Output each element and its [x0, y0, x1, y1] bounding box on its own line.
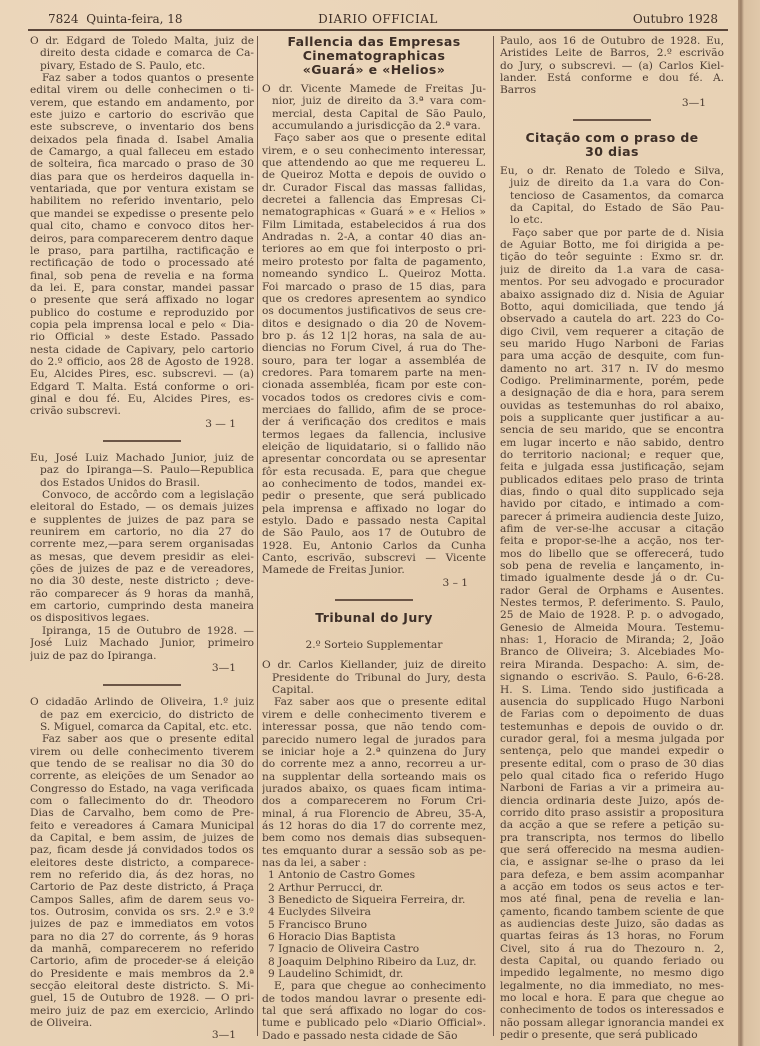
- notice-body-line: eleitoral do Estado, — os demais juizes: [30, 501, 254, 513]
- notice-body-line: ao conhecimento de todos, mandei ex-: [262, 478, 486, 490]
- notice-body-line: nesta cidade de Capivary, pelo cartorio: [30, 344, 254, 356]
- notice-body-line: mos até final, pena de revelia e lan-: [500, 893, 724, 905]
- notice-body-line: quartas feiras ás 13 horas, no Forum: [500, 930, 724, 942]
- notice-heading-line: tencioso de Casamentos, da comarca: [500, 190, 724, 202]
- section-title-line: Fallencia das Empresas: [262, 35, 486, 49]
- notice-body-line: reira Miranda. Despacho: A. sim, de-: [500, 659, 724, 671]
- notice-fallencia-guara-helios: Fallencia das EmpresasCinematographicas«…: [262, 35, 486, 589]
- notice-body-line: cia, e assignar se-lhe o praso da lei: [500, 856, 724, 868]
- section-subtitle: 2.º Sorteio Supplementar: [262, 639, 486, 651]
- notice-body-line: corrente mez,—para serem organisadas: [30, 538, 254, 550]
- notice-body-line: publico do costume e reproduzido por: [30, 307, 254, 319]
- notice-body-line: souro, para ter logar a assembléa de: [262, 355, 486, 367]
- notice-body-line: corrido dito praso assistir a propositur…: [500, 807, 724, 819]
- notice-heading-line: mercial, desta Capital de São Paulo,: [262, 108, 486, 120]
- notice-body-line: jurados abaixo, os quaes ficam intima-: [262, 783, 486, 795]
- notice-body-line: ditos e designado o dia 20 de Novem-: [262, 318, 486, 330]
- notice-body-line: o presente que será affixado no logar: [30, 294, 254, 306]
- notice-body-line: decretei a fallencia das Empresas Ci-: [262, 194, 486, 206]
- notice-body-line: deiros, para comparecerem dentro daque-: [30, 233, 254, 245]
- notice-body-line: Film Limitada, estabelecidos á rua dos: [262, 219, 486, 231]
- notice-heading-line: O dr. Edgard de Toledo Malta, juiz de: [30, 35, 254, 47]
- notice-body-line: tição do teôr seguinte : Exmo sr. dr.: [500, 251, 724, 263]
- column-1: O dr. Edgard de Toledo Malta, juiz dedir…: [30, 35, 254, 1042]
- notice-body-line: mos do libello que se offerecerá, tudo: [500, 548, 724, 560]
- notice-inventario-capivary: O dr. Edgard de Toledo Malta, juiz dedir…: [30, 35, 254, 430]
- notice-heading-line: accumulando a jurisdicção da 2.ª vara.: [262, 120, 486, 132]
- column-2: Fallencia das EmpresasCinematographicas«…: [262, 35, 486, 1042]
- notice-jury-continuation: Paulo, aos 16 de Outubro de 1928. Eu,Ari…: [500, 35, 724, 109]
- section-title: Tribunal do Jury: [262, 611, 486, 625]
- notice-body-line: que será offerecido na mesma audien-: [500, 844, 724, 856]
- notice-closing-line: E, para que chegue ao conhecimento: [262, 980, 486, 992]
- notice-body-line: paz, ficam desde já convidados todos os: [30, 844, 254, 856]
- notice-body-line: termos legaes da fallencia, inclusive: [262, 429, 486, 441]
- notice-body-line: rador Geral de Orphams e Ausentes.: [500, 585, 724, 597]
- juror-list-item: 4 Euclydes Silveira: [262, 906, 486, 918]
- notice-body-line: fôr esta recusada. E, para que chegue: [262, 466, 486, 478]
- notice-body-line: para uma acção de desquite, com fun-: [500, 350, 724, 362]
- notice-body-line: Branco de Oliveira; 3. Alcebiades Mo-: [500, 646, 724, 658]
- juror-list-item: 2 Arthur Perrucci, dr.: [262, 882, 486, 894]
- notice-body-line: timado igualmente desde já o dr. Cu-: [500, 572, 724, 584]
- notice-body-line: minal, á rua Florencio de Abreu, 35-A,: [262, 808, 486, 820]
- notice-body-line: digo Civil, vem requerer a citação de: [500, 326, 724, 338]
- notice-body-line: José Luiz Machado Junior, primeiro: [30, 637, 254, 649]
- notice-heading-line: S. Miguel, comarca da Capital, etc. etc.: [30, 721, 254, 733]
- notice-body-line: ventariada, que por ventura existam se: [30, 183, 254, 195]
- notice-body-line: legalmente, no dia immediato, no mes-: [500, 980, 724, 992]
- notice-body-line: Genesio de Almeida Moura. Testemu-: [500, 622, 724, 634]
- notice-body-line: do 2.º officio, aos 28 de Agosto de 1928…: [30, 356, 254, 368]
- notice-body-line: no dia 30 deste, neste districto ; deve-: [30, 575, 254, 587]
- notice-body-line: do Presidente e mais membros da 2.ª: [30, 968, 254, 980]
- notice-body-line: para defeza, e bem assim acompanhar: [500, 869, 724, 881]
- section-title-line: Citação com o praso de: [500, 131, 724, 145]
- notice-body-line: da lei. E, para constar, mandei passar: [30, 282, 254, 294]
- notice-body-line: do Jury, o subscrevi. — (a) Carlos Kiel-: [500, 60, 724, 72]
- notice-body-line: Barros: [500, 84, 724, 96]
- notice-signature: 3 — 1: [30, 418, 254, 430]
- notice-body-line: com o fallecimento do dr. Theodoro: [30, 795, 254, 807]
- notice-body-line: Canto, escrivão, subscrevi — Vicente: [262, 552, 486, 564]
- notice-body-line: juiz de paz do Ipiranga.: [30, 650, 254, 662]
- notice-body-line: presente edital, com o praso de 30 dias: [500, 758, 724, 770]
- notice-body-line: meiro protesto por falta de pagamento,: [262, 256, 486, 268]
- notice-body-line: ás 12 horas do dia 17 do corrente mez,: [262, 820, 486, 832]
- notice-body-line: sentença, pelo que mandei expedir o: [500, 745, 724, 757]
- notice-body-line: edital virem ou delle conhecimen o ti-: [30, 84, 254, 96]
- notice-heading-line: direito desta cidade e comarca de Ca-: [30, 47, 254, 59]
- notice-juiz-paz-ipiranga: Eu, José Luiz Machado Junior, juiz depaz…: [30, 452, 254, 674]
- notice-body-line: pelo qual citado fica o referido Hugo: [500, 770, 724, 782]
- notice-body-line: corrente, as eleições de um Senador ao: [30, 770, 254, 782]
- notice-body-line: da Capital, e bem assim, de juizes de: [30, 832, 254, 844]
- notice-body-line: se iniciar hoje a 2.ª quinzena do Jury: [262, 746, 486, 758]
- notice-closing-line: tume e publicado pelo «Diario Official».: [262, 1017, 486, 1029]
- notice-body-line: Civel, sito á rua do Thezouro n. 2,: [500, 943, 724, 955]
- notice-body-line: dr. Curador Fiscal das massas fallidas,: [262, 182, 486, 194]
- notice-body-line: Eu, Alcides Pires, esc. subscrevi. — (a): [30, 368, 254, 380]
- notice-body-line: çamento, ficando tambem sciente de que: [500, 906, 724, 918]
- juror-list-item: 6 Horacio Dias Baptista: [262, 931, 486, 943]
- notice-signature: 3—1: [30, 662, 254, 674]
- juror-list-item: 9 Laudelino Schimidt, dr.: [262, 968, 486, 980]
- notice-body-line: as mesas, que devem presidir as elei-: [30, 551, 254, 563]
- notice-body-line: H. S. Lima. Tendo sido justificada a: [500, 684, 724, 696]
- notice-body-line: secção eleitoral deste districto. S. Mi-: [30, 980, 254, 992]
- notice-body-line: juizes de paz e immediatos em votos: [30, 918, 254, 930]
- notice-body-line: ções de juizes de paz e de vereadores,: [30, 563, 254, 575]
- notice-body-line: e supplentes de juizes de paz para se: [30, 514, 254, 526]
- section-title-line: «Guará» e «Helios»: [262, 63, 486, 77]
- notice-body-line: reunirem em cartorio, no dia 27 do: [30, 526, 254, 538]
- juror-list-item: 5 Francisco Bruno: [262, 919, 486, 931]
- notice-heading-line: Eu, o dr. Renato de Toledo e Silva,: [500, 165, 724, 177]
- notice-body-line: dos a comparecerem no Forum Cri-: [262, 795, 486, 807]
- notice-heading-line: nior, juiz de direito da 3.ª vara com-: [262, 95, 486, 107]
- notice-body-line: parecer á primeira audiencia deste Juizo…: [500, 511, 724, 523]
- notice-body-line: pra transcripta, nos termos do libello: [500, 832, 724, 844]
- notice-body-line: nas da lei, a saber :: [262, 857, 486, 869]
- notice-body-line: do territorio nacional; e requer que,: [500, 449, 724, 461]
- notice-body-line: de Farias com o depoimento de duas: [500, 708, 724, 720]
- juror-list-item: 3 Benedicto de Siqueira Ferreira, dr.: [262, 894, 486, 906]
- notice-body-line: os dispositivos legaes.: [30, 612, 254, 624]
- page-header: 7824 Quinta-feira, 18 DIARIO OFFICIAL Ou…: [28, 10, 728, 30]
- section-rule: [335, 599, 413, 601]
- section-title-line: Tribunal do Jury: [262, 611, 486, 625]
- notice-body-line: eleitores deste districto, a comparece-: [30, 857, 254, 869]
- notice-body-line: nomeando syndico L. Queiroz Motta.: [262, 268, 486, 280]
- notice-body-line: feita e propor-se-lhe a acção, nos ter-: [500, 535, 724, 547]
- notice-body-line: os documentos justificativos de seus cre…: [262, 305, 486, 317]
- notice-body-line: cionada assembléa, ficam por este con-: [262, 379, 486, 391]
- notice-signature: 3—1: [500, 97, 724, 109]
- notice-body-line: diencia ordinaria deste Juizo, após de-: [500, 795, 724, 807]
- notice-heading-line: paz do Ipiranga—S. Paulo—Republica: [30, 464, 254, 476]
- notice-heading-line: juiz de direito da 1.a vara do Con-: [500, 177, 724, 189]
- notice-body-line: conhecimento de todos os interessados e: [500, 1004, 724, 1016]
- notice-body-line: bro p. ás 12 1|2 horas, na sala de au-: [262, 330, 486, 342]
- notice-body-line: as audiencias deste Juizo, são dadas as: [500, 918, 724, 930]
- notice-body-line: interessar possa, que não tendo com-: [262, 721, 486, 733]
- notice-heading-line: dos Estados Unidos do Brasil.: [30, 477, 254, 489]
- notice-body-line: de São Paulo, aos 17 de Outubro de: [262, 527, 486, 539]
- notice-body-line: Campos Salles, afim de darem seus vo-: [30, 894, 254, 906]
- notice-body-line: apresentar concordata ou se apresentar: [262, 453, 486, 465]
- notice-body-line: a acção em todos os seus actos e ter-: [500, 881, 724, 893]
- notice-body-line: pedir o presente, que será publicado: [262, 490, 486, 502]
- newspaper-page: 7824 Quinta-feira, 18 DIARIO OFFICIAL Ou…: [0, 0, 760, 1046]
- section-title: Fallencia das EmpresasCinematographicas«…: [262, 35, 486, 77]
- notice-body-line: tos. Outrosim, convida os srs. 2.º e 3.º: [30, 906, 254, 918]
- notice-closing-line: Dado e passado nesta cidade de São: [262, 1030, 486, 1042]
- notice-body-line: do corrente mez a anno, recorreu a ur-: [262, 758, 486, 770]
- notice-body-line: habilitem no referido inventario, pelo: [30, 195, 254, 207]
- notice-body-line: Faz saber aos que o presente edital: [262, 696, 486, 708]
- notice-body-line: credores. Para tomarem parte na men-: [262, 367, 486, 379]
- notice-body-line: ouvidas as testemunhas do rol abaixo,: [500, 400, 724, 412]
- notice-body-line: estylo. Dado e passado nesta Capital: [262, 515, 486, 527]
- notice-body-line: Botto, aqui domiciliada, que tendo já: [500, 301, 724, 313]
- notice-body-line: tes emquanto durar a sessão sob as pe-: [262, 845, 486, 857]
- section-rule: [103, 684, 181, 686]
- notice-body-line: signando o escrivão. S. Paulo, 6-6-28.: [500, 671, 724, 683]
- notice-body-line: afim de ver-se-lhe accusar a citação: [500, 523, 724, 535]
- month-year: Outubro 1928: [633, 12, 718, 26]
- juror-list-item: 8 Joaquim Delphino Ribeiro da Luz, dr.: [262, 956, 486, 968]
- notice-body-line: Narboni de Farias a vir a primeira au-: [500, 782, 724, 794]
- notice-body-line: de Camargo, a qual falleceu em estado: [30, 146, 254, 158]
- notice-body-line: não possam allegar ignorancia mandei ex: [500, 1017, 724, 1029]
- notice-body-line: copia pela imprensa local e pelo « Dia-: [30, 319, 254, 331]
- notice-body-line: curador geral, foi a mesma julgada por: [500, 733, 724, 745]
- notice-body-line: de Aguiar Botto, me foi dirigida a pe-: [500, 239, 724, 251]
- notice-body-line: damento no art. 317 n. IV do mesmo: [500, 363, 724, 375]
- notice-body-line: desta Capital, ou quando feriado ou: [500, 955, 724, 967]
- notice-body-line: seu marido Hugo Narboni de Farias: [500, 338, 724, 350]
- notice-body-line: pela imprensa e affixado no logar do: [262, 503, 486, 515]
- notice-body-line: parecido numero legal de jurados para: [262, 734, 486, 746]
- notice-body-line: Andradas n. 2-A, a contar 40 dias an-: [262, 231, 486, 243]
- juror-list-item: 1 Antonio de Castro Gomes: [262, 869, 486, 881]
- notice-tribunal-do-jury: Tribunal do Jury2.º Sorteio Supplementar…: [262, 611, 486, 1042]
- notice-body-line: observado a cautela do art. 223 do Co-: [500, 313, 724, 325]
- notice-body-line: der á verificação dos creditos e mais: [262, 416, 486, 428]
- notice-body-line: teriores ao em que foi interposto o pri-: [262, 243, 486, 255]
- notice-body-line: em cartorio, cumprindo desta maneira: [30, 600, 254, 612]
- notice-heading-line: O dr. Vicente Mamede de Freitas Ju-: [262, 83, 486, 95]
- notice-body-line: nhas: 1, Horacio de Miranda; 2, João: [500, 634, 724, 646]
- notice-body-line: diencias no Forum Civel, á rua do The-: [262, 342, 486, 354]
- notice-body-line: Cartorio de Paz deste districto, á Praça: [30, 881, 254, 893]
- notice-body-line: 1928. Eu, Antonio Carlos da Cunha: [262, 540, 486, 552]
- notice-signature: 3 – 1: [262, 577, 486, 589]
- notice-body-line: verem, que estando em andamento, por: [30, 97, 254, 109]
- notice-body-line: sencia de seu marido, que se encontra: [500, 424, 724, 436]
- notice-body-line: Foi marcado o praso de 15 dias, para: [262, 281, 486, 293]
- notice-body-line: ausencia do supplicado Hugo Narboni: [500, 696, 724, 708]
- notice-body-line: dias para que os herdeiros daquella in-: [30, 171, 254, 183]
- notice-body-line: bem como nos demais dias subsequen-: [262, 832, 486, 844]
- notice-body-line: Dias de Carvalho, bem como de Pre-: [30, 807, 254, 819]
- notice-body-line: virem, e o seu conhecimento interessar,: [262, 145, 486, 157]
- notice-body-line: testemunhas e depois de ouvido o dr.: [500, 721, 724, 733]
- notice-body-line: ginal e dou fé. Eu, Alcides Pires, es-: [30, 393, 254, 405]
- notice-body-line: 25 de Maio de 1928. P. p. o advogado,: [500, 609, 724, 621]
- notice-heading-line: da Capital, do Estado de São Pau-: [500, 202, 724, 214]
- notice-body-line: lander. Está conforme e dou fé. A.: [500, 72, 724, 84]
- notice-body-line: mo local e hora. E para que chegue ao: [500, 992, 724, 1004]
- notice-body-line: crivão subscrevi.: [30, 405, 254, 417]
- notice-closing-line: tal que será affixado no logar do cos-: [262, 1005, 486, 1017]
- notice-body-line: rem no referido dia, ás dez horas, no: [30, 869, 254, 881]
- section-rule: [573, 119, 651, 121]
- notice-body-line: Faço saber que por parte de d. Nisia: [500, 227, 724, 239]
- notice-body-line: a designação de dia e hora, para serem: [500, 387, 724, 399]
- notice-body-line: pedir o presente, que será publicado: [500, 1029, 724, 1041]
- juror-list-item: 7 Ignacio de Oliveira Castro: [262, 943, 486, 955]
- notice-body-line: Paulo, aos 16 de Outubro de 1928. Eu,: [500, 35, 724, 47]
- notice-body-line: pois a supplicante quer justificar a au-: [500, 412, 724, 424]
- notice-heading-line: de paz em exercicio, do districto de: [30, 709, 254, 721]
- newspaper-title: DIARIO OFFICIAL: [28, 12, 728, 26]
- notice-body-line: Ipiranga, 15 de Outubro de 1928. —: [30, 625, 254, 637]
- column-3: Paulo, aos 16 de Outubro de 1928. Eu,Ari…: [500, 35, 724, 1041]
- notice-body-line: Cartorio, afim de proceder-se á eleição: [30, 955, 254, 967]
- spacer: [262, 625, 486, 631]
- notice-body-line: da acção a que se refere a petição su-: [500, 819, 724, 831]
- notice-body-line: final, sob pena de revelia e na forma: [30, 270, 254, 282]
- notice-body-line: publicados editaes pelo praso de trinta: [500, 474, 724, 486]
- notice-heading-line: Presidente do Tribunal do Jury, desta: [262, 672, 486, 684]
- notice-body-line: de Oliveira.: [30, 1017, 254, 1029]
- notice-body-line: Codigo. Preliminarmente, porém, pede: [500, 375, 724, 387]
- notice-body-line: virem ou delle conhecimento tiverem: [30, 746, 254, 758]
- section-title-line: 30 dias: [500, 145, 724, 159]
- notice-body-line: para no dia 27 do corrente, ás 9 horas: [30, 931, 254, 943]
- notice-heading-line: O cidadão Arlindo de Oliveira, 1.º juiz: [30, 696, 254, 708]
- notice-body-line: rectificação de todo o processado até: [30, 257, 254, 269]
- notice-body-line: vocados todos os credores civis e com-: [262, 392, 486, 404]
- notice-body-line: meiro juiz de paz em exercicio, Arlindo: [30, 1005, 254, 1017]
- notice-body-line: este subscreve, o inventario dos bens: [30, 121, 254, 133]
- notice-body-line: merciaes do fallido, afim de se proce-: [262, 404, 486, 416]
- notice-body-line: Faz saber aos que o presente edital: [30, 733, 254, 745]
- column-divider: [257, 36, 258, 1036]
- notice-eleicoes-sao-miguel: O cidadão Arlindo de Oliveira, 1.º juizd…: [30, 696, 254, 1042]
- notice-body-line: Edgard T. Malta. Está conforme o ori-: [30, 381, 254, 393]
- notice-body-line: impedido legalmente, no mesmo digo: [500, 967, 724, 979]
- notice-closing-line: de todos mandou lavrar o presente edi-: [262, 993, 486, 1005]
- section-title: Citação com o praso de30 dias: [500, 131, 724, 159]
- column-divider: [493, 36, 494, 1036]
- notice-body-line: na supplentar della sorteando mais os: [262, 771, 486, 783]
- notice-body-line: qual cito, chamo e convoco ditos her-: [30, 220, 254, 232]
- notice-body-line: sob pena de revelia e lançamento, in-: [500, 560, 724, 572]
- notice-signature: 3—1: [30, 1029, 254, 1041]
- notice-body-line: da manhã, comparecerem no referido: [30, 943, 254, 955]
- page-binding-edge: [738, 0, 760, 1046]
- notice-body-line: Congresso do Estado, na vaga verificada: [30, 783, 254, 795]
- notice-body-line: dias, findo o qual dito supplicado seja: [500, 486, 724, 498]
- notice-body-line: que tendo de se realisar no dia 30 do: [30, 758, 254, 770]
- notice-body-line: rão comparecer ás 9 horas da manhã,: [30, 588, 254, 600]
- notice-body-line: Nestes termos, P. deferimento. S. Paulo,: [500, 597, 724, 609]
- notice-heading-line: O dr. Carlos Kiellander, juiz de direito: [262, 659, 486, 671]
- notice-body-line: em lugar incerto e não sabido, dentro: [500, 437, 724, 449]
- notice-body-line: mentos. Por seu advogado e procurador: [500, 276, 724, 288]
- notice-heading-line: Eu, José Luiz Machado Junior, juiz de: [30, 452, 254, 464]
- notice-body-line: que mandei se expedisse o presente pelo: [30, 208, 254, 220]
- notice-body-line: de solteira, fica marcado o praso de 30: [30, 158, 254, 170]
- notice-body-line: Convoco, de accôrdo com a legislação: [30, 489, 254, 501]
- notice-body-line: havido por citado, e intimado a com-: [500, 498, 724, 510]
- notice-body-line: juiz de direito da 1.a vara de casa-: [500, 264, 724, 276]
- notice-body-line: Mamede de Freitas Junior.: [262, 564, 486, 576]
- notice-body-line: guel, 15 de Outubro de 1928. — O pri-: [30, 992, 254, 1004]
- notice-body-line: rio Official » deste Estado. Passado: [30, 331, 254, 343]
- notice-heading-line: pivary, Estado de S. Paulo, etc.: [30, 60, 254, 72]
- notice-body-line: nematographicas « Guará » e « Helios »: [262, 206, 486, 218]
- notice-body-line: feito e vereadores á Camara Municipal: [30, 820, 254, 832]
- notice-body-line: este juizo e cartorio do escrivão que: [30, 109, 254, 121]
- notice-body-line: Faço saber aos que o presente edital: [262, 132, 486, 144]
- section-rule: [103, 440, 181, 442]
- notice-body-line: feita e julgada essa justificação, sejam: [500, 461, 724, 473]
- notice-heading-line: lo etc.: [500, 214, 724, 226]
- notice-body-line: Aristides Leite de Barros, 2.º escrivão: [500, 47, 724, 59]
- notice-body-line: virem e delle conhecimento tiverem e: [262, 709, 486, 721]
- notice-heading-line: Capital.: [262, 684, 486, 696]
- notice-citacao-30-dias: Citação com o praso de30 diasEu, o dr. R…: [500, 131, 724, 1041]
- header-rule: [28, 29, 728, 31]
- notice-body-line: eleição de liquidatario, si o fallido nã…: [262, 441, 486, 453]
- notice-body-line: Faz saber a todos quantos o presente: [30, 72, 254, 84]
- notice-body-line: de Queiroz Motta e depois de ouvido o: [262, 169, 486, 181]
- section-title-line: Cinematographicas: [262, 49, 486, 63]
- notice-body-line: que attendendo ao que me requereu L.: [262, 157, 486, 169]
- notice-body-line: que os credores apresentem ao syndico: [262, 293, 486, 305]
- notice-body-line: le praso, para partilha, ractificação e: [30, 245, 254, 257]
- notice-body-line: deixados pela finada d. Isabel Amalia: [30, 134, 254, 146]
- notice-body-line: abaixo assignado diz d. Nisia de Aguiar: [500, 289, 724, 301]
